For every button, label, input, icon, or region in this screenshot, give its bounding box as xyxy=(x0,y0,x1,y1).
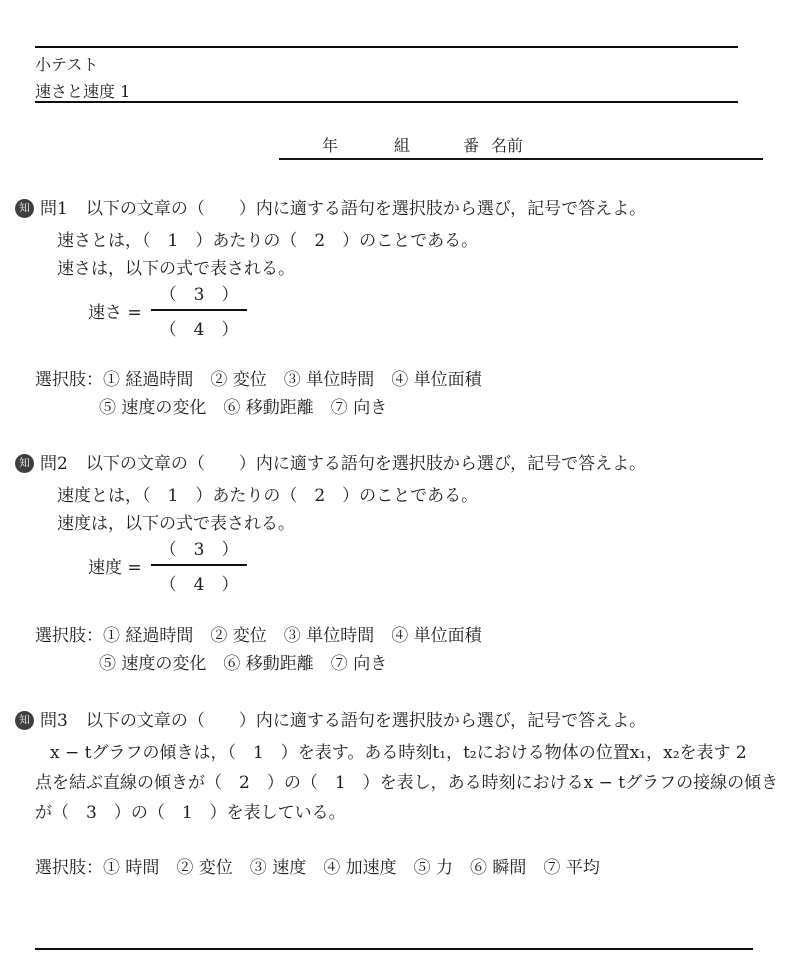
doc-title: 小テスト xyxy=(35,55,98,75)
q3-header: 問3 以下の文章の（ ）内に適する語句を選択肢から選び，記号で答えよ。 xyxy=(40,711,646,732)
q1-choices-row1: 選択肢： ① 経過時間 ② 変位 ③ 単位時間 ④ 単位面積 xyxy=(35,370,482,391)
q2-formula-denominator: （ 4 ） xyxy=(151,566,248,595)
q3-body-line2: 点を結ぶ直線の傾きが（ 2 ）の（ 1 ）を表し，ある時刻におけるx − tグラ… xyxy=(35,773,778,794)
q2-formula-fraction: （ 3 ） （ 4 ） xyxy=(151,535,248,595)
q2-choices-items1: ① 経過時間 ② 変位 ③ 単位時間 ④ 単位面積 xyxy=(103,626,482,647)
q2-choices-row1: 選択肢： ① 経過時間 ② 変位 ③ 単位時間 ④ 単位面積 xyxy=(35,626,482,647)
q2-choices-label: 選択肢： xyxy=(35,626,103,647)
q1-formula: 速さ = （ 3 ） （ 4 ） xyxy=(88,280,247,340)
q2-number: 問2 xyxy=(40,454,68,475)
q3-body-line3: が（ 3 ）の（ 1 ）を表している。 xyxy=(35,803,346,824)
header-bottom-rule xyxy=(35,101,738,103)
q1-choices-items1: ① 経過時間 ② 変位 ③ 単位時間 ④ 単位面積 xyxy=(103,370,482,391)
q2-choices-row2: ⑤ 速度の変化 ⑥ 移動距離 ⑦ 向き xyxy=(99,654,387,675)
knowledge-badge-icon: 知 xyxy=(15,454,34,473)
q3-body-line1: x − tグラフの傾きは，（ 1 ）を表す。ある時刻t₁，t₂における物体の位置… xyxy=(50,743,747,764)
q1-header: 問1 以下の文章の（ ）内に適する語句を選択肢から選び，記号で答えよ。 xyxy=(40,199,646,220)
q2-formula-numerator: （ 3 ） xyxy=(151,535,248,566)
doc-subtitle: 速さと速度 1 xyxy=(35,82,130,102)
q1-prompt: 以下の文章の（ ）内に適する語句を選択肢から選び，記号で答えよ。 xyxy=(86,199,646,220)
q2-formula: 速度 = （ 3 ） （ 4 ） xyxy=(88,535,247,595)
q2-body-line2: 速度は，以下の式で表される。 xyxy=(57,514,295,535)
q2-prompt: 以下の文章の（ ）内に適する語句を選択肢から選び，記号で答えよ。 xyxy=(86,454,646,475)
knowledge-badge-icon: 知 xyxy=(15,199,34,218)
knowledge-badge-icon: 知 xyxy=(15,711,34,730)
knowledge-badge-label: 知 xyxy=(19,715,30,726)
q1-choices-row2: ⑤ 速度の変化 ⑥ 移動距離 ⑦ 向き xyxy=(99,398,387,419)
knowledge-badge-label: 知 xyxy=(19,458,30,469)
header-top-rule xyxy=(35,46,738,48)
q2-header: 問2 以下の文章の（ ）内に適する語句を選択肢から選び，記号で答えよ。 xyxy=(40,454,646,475)
q1-formula-lhs: 速さ = xyxy=(88,298,142,323)
q3-prompt: 以下の文章の（ ）内に適する語句を選択肢から選び，記号で答えよ。 xyxy=(86,711,646,732)
q1-formula-denominator: （ 4 ） xyxy=(151,311,248,340)
q1-body-line2: 速さは，以下の式で表される。 xyxy=(57,259,295,280)
name-field-number-label: 番 xyxy=(463,136,479,156)
q1-body-line1: 速さとは，（ 1 ）あたりの（ 2 ）のことである。 xyxy=(57,231,478,252)
q1-choices-label: 選択肢： xyxy=(35,370,103,391)
q3-choices-row1: 選択肢： ① 時間 ② 変位 ③ 速度 ④ 加速度 ⑤ 力 ⑥ 瞬間 ⑦ 平均 xyxy=(35,858,600,879)
q1-formula-numerator: （ 3 ） xyxy=(151,280,248,311)
q2-body-line1: 速度とは，（ 1 ）あたりの（ 2 ）のことである。 xyxy=(57,486,478,507)
q3-number: 問3 xyxy=(40,711,68,732)
name-field-name-label: 名前 xyxy=(491,136,523,156)
q2-formula-lhs: 速度 = xyxy=(88,553,142,578)
name-field-underline xyxy=(279,158,763,160)
worksheet-page: 小テスト 速さと速度 1 年 組 番 名前 知 問1 以下の文章の（ ）内に適す… xyxy=(0,0,790,958)
footer-rule xyxy=(35,948,753,950)
q1-number: 問1 xyxy=(40,199,68,220)
q1-formula-fraction: （ 3 ） （ 4 ） xyxy=(151,280,248,340)
name-field-class-label: 組 xyxy=(394,136,410,156)
name-field-year-label: 年 xyxy=(322,136,338,156)
knowledge-badge-label: 知 xyxy=(19,203,30,214)
q3-choices-label: 選択肢： xyxy=(35,858,103,879)
q3-choices-items1: ① 時間 ② 変位 ③ 速度 ④ 加速度 ⑤ 力 ⑥ 瞬間 ⑦ 平均 xyxy=(103,858,600,879)
